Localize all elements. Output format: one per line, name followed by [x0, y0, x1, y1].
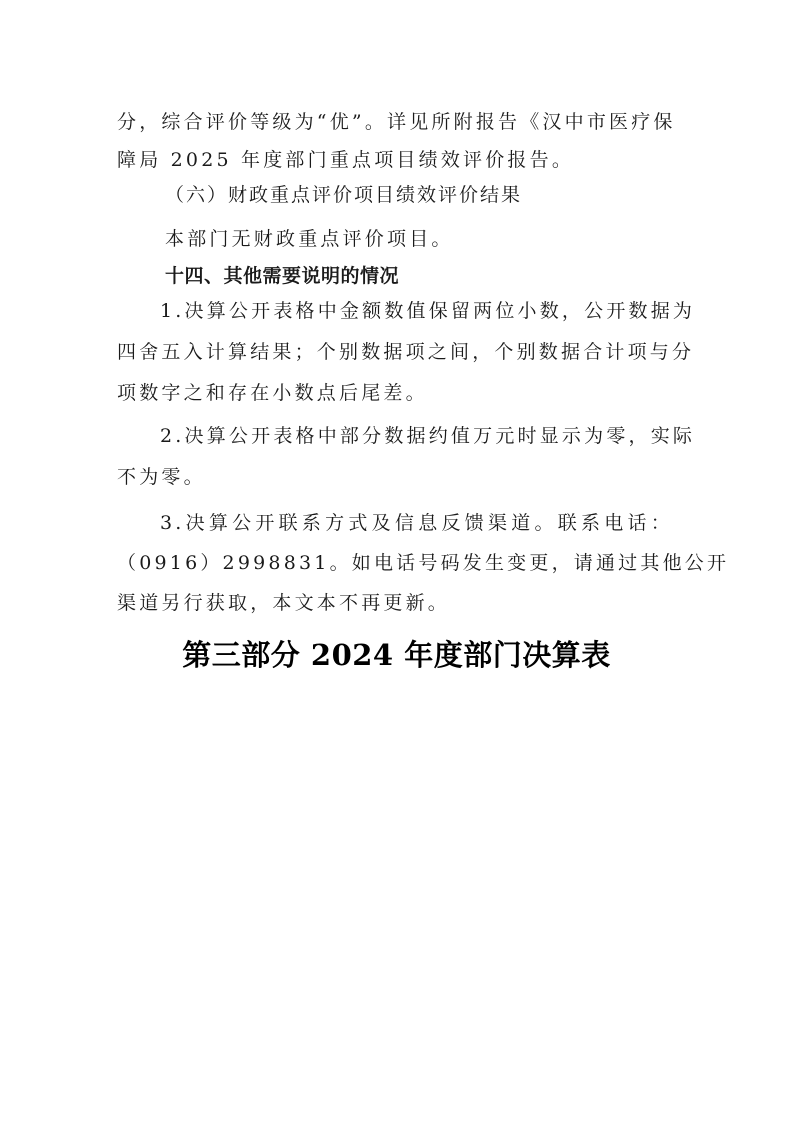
paragraph-line: 本部门无财政重点评价项目。 — [165, 227, 678, 251]
list-item-line: 不为零。 — [117, 465, 673, 489]
list-item-line: 2.决算公开表格中部分数据约值万元时显示为零，实际 — [160, 424, 673, 448]
list-item-line: （0916）2998831。如电话号码发生变更，请通过其他公开 — [117, 551, 673, 575]
list-item-line: 项数字之和存在小数点后尾差。 — [117, 381, 673, 405]
section-heading: 十四、其他需要说明的情况 — [165, 264, 721, 288]
sub-heading: （六）财政重点评价项目绩效评价结果 — [165, 183, 721, 207]
paragraph-line: 障局 2025 年度部门重点项目绩效评价报告。 — [117, 148, 673, 172]
list-item-line: 渠道另行获取，本文本不再更新。 — [117, 591, 673, 615]
paragraph-line: 分，综合评价等级为“优”。详见所附报告《汉中市医疗保 — [117, 110, 673, 134]
list-item-line: 3.决算公开联系方式及信息反馈渠道。联系电话： — [160, 511, 673, 535]
list-item-line: 1.决算公开表格中金额数值保留两位小数，公开数据为 — [160, 299, 673, 323]
document-page: 分，综合评价等级为“优”。详见所附报告《汉中市医疗保 障局 2025 年度部门重… — [0, 0, 793, 1122]
list-item-line: 四舍五入计算结果；个别数据项之间，个别数据合计项与分 — [117, 340, 673, 364]
part-title: 第三部分 2024 年度部门决算表 — [0, 637, 793, 673]
